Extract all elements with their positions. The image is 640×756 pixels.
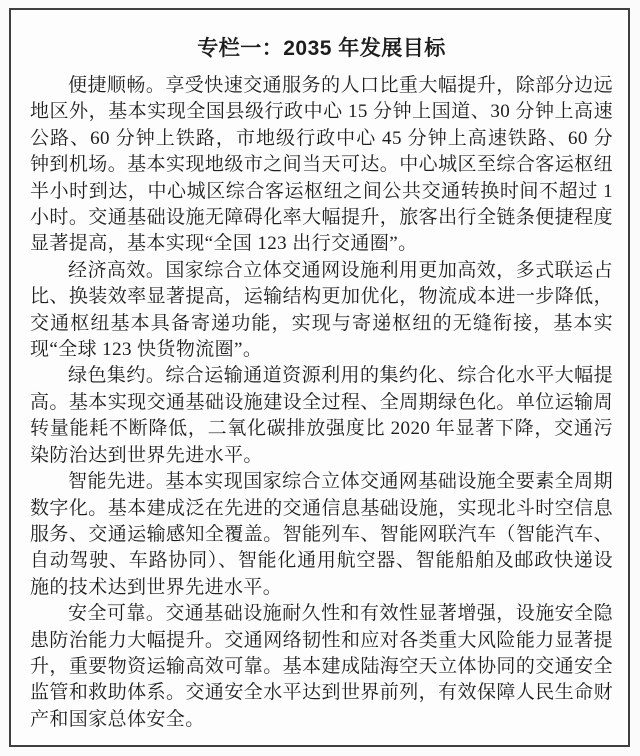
paragraph-green-intensive: 绿色集约。综合运输通道资源利用的集约化、综合化水平大幅提高。基本实现交通基础设施…	[30, 363, 613, 469]
panel-box-2035-goals: 专栏一：2035 年发展目标 便捷顺畅。享受快速交通服务的人口比重大幅提升，除部…	[9, 8, 630, 747]
paragraph-smart-advanced: 智能先进。基本实现国家综合立体交通网基础设施全要素全周期数字化。基本建成泛在先进…	[30, 469, 613, 601]
paragraph-convenient-smooth: 便捷顺畅。享受快速交通服务的人口比重大幅提升，除部分边远地区外，基本实现全国县级…	[30, 73, 613, 258]
panel-title: 专栏一：2035 年发展目标	[30, 32, 613, 62]
paragraph-safe-reliable: 安全可靠。交通基础设施耐久性和有效性显著增强，设施安全隐患防治能力大幅提升。交通…	[30, 601, 613, 733]
paragraph-economic-efficient: 经济高效。国家综合立体交通网设施利用更加高效，多式联运占比、换装效率显著提高，运…	[30, 258, 613, 364]
